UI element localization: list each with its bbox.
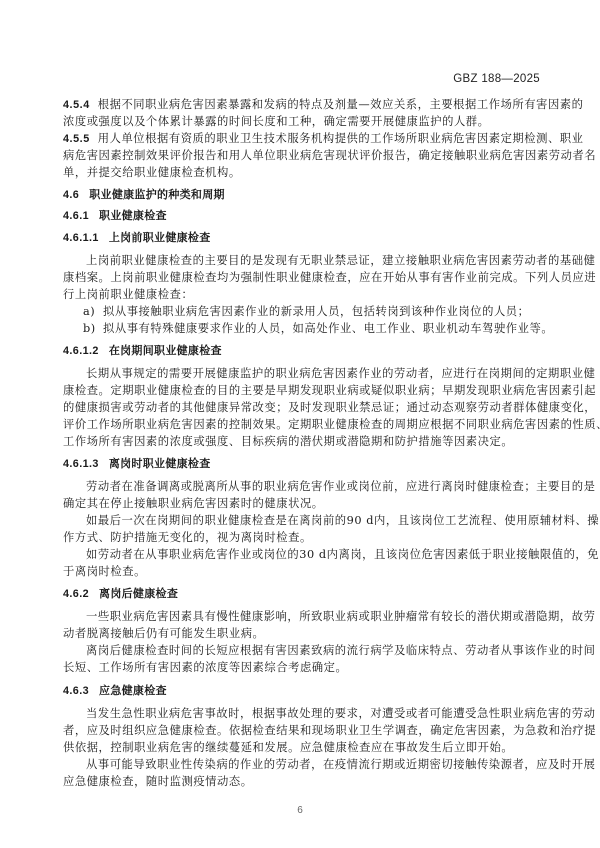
clause-text: 用人单位根据有资质的职业卫生技术服务机构提供的工作场所职业病危害因素定期检测、职… [98,132,584,145]
section-heading-4-6-1-1: 4.6.1.1上岗前职业健康检查 [63,229,541,247]
clause-4-5-5-line-3: 单，并提交给职业健康检查机构。 [63,164,541,181]
section-title: 在岗期间职业健康检查 [109,344,222,357]
clause-4-5-5-line-2: 病危害因素控制效果评价报告和用人单位职业病危害现状评价报告，确定接触职业病危害因… [63,147,541,164]
paragraph-line: 于离岗时检查。 [63,563,541,580]
paragraph-line: 供依据，控制职业病危害的继续蔓延和发展。应急健康检查应在事故发生后立即开始。 [63,739,541,756]
clause-text: 根据不同职业病危害因素暴露和发病的特点及剂量—效应关系，主要根据工作场所有害因素… [98,98,584,111]
paragraph-line: 康档案。上岗前职业健康检查均为强制性职业健康检查，应在开始从事有害作业前完成。下… [63,269,541,286]
section-heading-4-6-1: 4.6.1职业健康检查 [63,207,541,225]
section-heading-4-6-1-2: 4.6.1.2在岗期间职业健康检查 [63,342,541,360]
paragraph-line: 应急健康检查，随时监测疫情动态。 [63,773,541,790]
paragraph-line: 如最后一次在岗期间的职业健康检查是在离岗前的90 d内，且该岗位工艺流程、使用原… [63,512,541,529]
section-number: 4.6.1 [63,210,89,222]
paragraph-line: 一些职业病危害因素具有慢性健康影响，所致职业病或职业肿瘤常有较长的潜伏期或潜隐期… [63,608,541,625]
section-heading-4-6-3: 4.6.3应急健康检查 [63,682,541,700]
paragraph-line: 如劳动者在从事职业病危害作业或岗位的30 d内离岗，且该岗位危害因素低于职业接触… [63,546,541,563]
paragraph-line: 的健康损害或劳动者的其他健康异常改变；及时发现职业禁忌证；通过动态观察劳动者群体… [63,399,541,416]
section-heading-4-6-2: 4.6.2离岗后健康检查 [63,585,541,603]
paragraph-line: 离岗后健康检查时间的长短应根据有害因素致病的流行病学及临床特点、劳动者从事该作业… [63,642,541,659]
paragraph-line: 者，应及时组织应急健康检查。依据检查结果和现场职业卫生学调查，确定危害因素，为急… [63,722,541,739]
section-title: 离岗后健康检查 [99,587,178,600]
list-item-text: 拟从事有特殊健康要求作业的人员，如高处作业、电工作业、职业机动车驾驶作业等。 [103,322,553,335]
section-heading-4-6-1-3: 4.6.1.3离岗时职业健康检查 [63,455,541,473]
list-marker: a) [83,303,103,320]
section-number: 4.6.1.2 [63,345,99,357]
standard-code-header: GBZ 188—2025 [453,73,540,85]
section-title: 上岗前职业健康检查 [109,231,211,244]
paragraph-line: 从事可能导致职业性传染病的作业的劳动者，在疫情流行期或近期密切接触传染源者，应及… [63,756,541,773]
paragraph-line: 工作场所有害因素的浓度或强度、目标疾病的潜伏期或潜隐期和防护措施等因素决定。 [63,433,541,450]
section-number: 4.6 [63,189,79,201]
section-number: 4.6.1.1 [63,232,99,244]
section-title: 职业健康检查 [99,209,167,222]
list-item-b: b)拟从事有特殊健康要求作业的人员，如高处作业、电工作业、职业机动车驾驶作业等。 [83,320,541,337]
list-item-a: a)拟从事接触职业病危害因素作业的新录用人员，包括转岗到该种作业岗位的人员； [83,303,541,320]
paragraph-line: 行上岗前职业健康检查： [63,286,541,303]
section-title: 离岗时职业健康检查 [109,457,211,470]
section-number: 4.6.1.3 [63,458,99,470]
paragraph-line: 作方式、防护措施无变化的，视为离岗时检查。 [63,529,541,546]
section-number: 4.6.3 [63,685,89,697]
clause-4-5-4-line-1: 4.5.4根据不同职业病危害因素暴露和发病的特点及剂量—效应关系，主要根据工作场… [63,96,541,114]
paragraph-line: 动者脱离接触后仍有可能发生职业病。 [63,625,541,642]
clause-number: 4.5.4 [63,99,90,111]
paragraph-line: 上岗前职业健康检查的主要目的是发现有无职业禁忌证，建立接触职业病危害因素劳动者的… [63,252,541,269]
clause-4-5-5-line-1: 4.5.5用人单位根据有资质的职业卫生技术服务机构提供的工作场所职业病危害因素定… [63,130,541,148]
paragraph-line: 当发生急性职业病危害事故时，根据事故处理的要求，对遭受或者可能遭受急性职业病危害… [63,705,541,722]
paragraph-line: 长期从事规定的需要开展健康监护的职业病危害因素作业的劳动者，应进行在岗期间的定期… [63,365,541,382]
section-title: 职业健康监护的种类和周期 [89,188,225,201]
section-heading-4-6: 4.6职业健康监护的种类和周期 [63,186,541,204]
paragraph-line: 评价工作场所职业病危害因素的控制效果。定期职业健康检查的周期应根据不同职业病危害… [63,416,541,433]
clause-4-5-4-line-2: 浓度或强度以及个体累计暴露的时间长度和工种，确定需要开展健康监护的人群。 [63,113,541,130]
paragraph-line: 确定其在停止接触职业病危害因素时的健康状况。 [63,495,541,512]
clause-number: 4.5.5 [63,133,90,145]
paragraph-line: 康检查。定期职业健康检查的目的主要是早期发现职业病或疑似职业病；早期发现职业病危… [63,382,541,399]
paragraph-line: 劳动者在准备调离或脱离所从事的职业病危害作业或岗位前，应进行离岗时健康检查；主要… [63,478,541,495]
section-number: 4.6.2 [63,588,89,600]
section-title: 应急健康检查 [99,684,167,697]
paragraph-line: 长短、工作场所有害因素的浓度等因素综合考虑确定。 [63,659,541,676]
page-number: 6 [0,805,600,816]
list-marker: b) [83,320,103,337]
document-page: GBZ 188—2025 4.5.4根据不同职业病危害因素暴露和发病的特点及剂量… [0,0,600,848]
list-item-text: 拟从事接触职业病危害因素作业的新录用人员，包括转岗到该种作业岗位的人员； [103,305,530,318]
